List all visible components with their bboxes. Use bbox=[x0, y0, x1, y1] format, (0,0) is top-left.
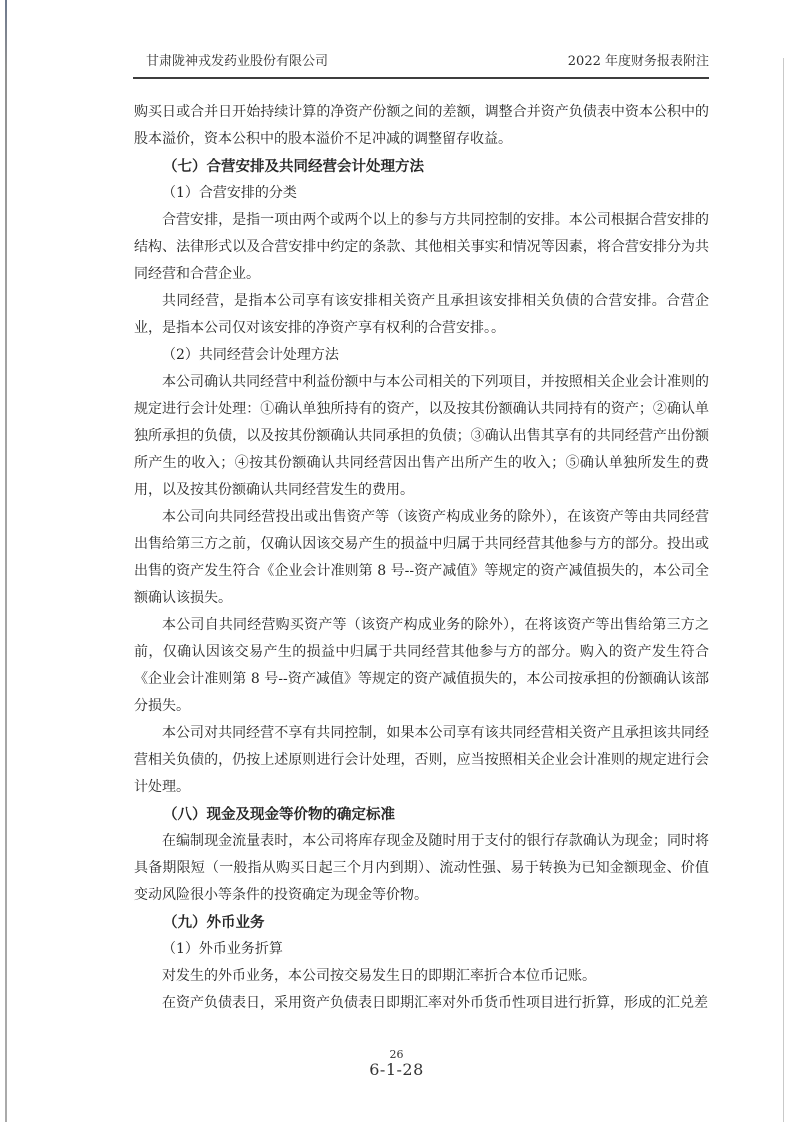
paragraph-foreign-currency-initial: 对发生的外币业务，本公司按交易发生日的即期汇率折合本位币记账。 bbox=[134, 963, 709, 990]
paragraph-assets-contributed-or-sold: 本公司向共同经营投出或出售资产等（该资产构成业务的除外），在该资产等由共同经营出… bbox=[134, 504, 709, 612]
subsection-heading-foreign-currency-translation: （1）外币业务折算 bbox=[134, 936, 709, 963]
paragraph-no-joint-control: 本公司对共同经营不享有共同控制，如果本公司享有该共同经营相关资产且承担该共同经营… bbox=[134, 720, 709, 801]
scan-edge-right bbox=[783, 58, 784, 1122]
company-name: 甘肃陇神戎发药业股份有限公司 bbox=[133, 53, 328, 70]
paragraph-joint-operation-definition: 共同经营，是指本公司享有该安排相关资产且承担该安排相关负债的合营安排。合营企业，… bbox=[134, 288, 709, 342]
subsection-heading-joint-operation-accounting: （2）共同经营会计处理方法 bbox=[134, 342, 709, 369]
section-heading-foreign-currency: （九）外币业务 bbox=[134, 909, 709, 936]
page-header: 甘肃陇神戎发药业股份有限公司 2022 年度财务报表附注 bbox=[133, 53, 709, 79]
paragraph-balance-sheet-date-translation: 在资产负债表日，采用资产负债表日即期汇率对外币货币性项目进行折算，形成的汇兑差 bbox=[134, 990, 709, 1017]
paragraph-joint-arrangement-definition: 合营安排，是指一项由两个或两个以上的参与方共同控制的安排。本公司根据合营安排的结… bbox=[134, 207, 709, 288]
scan-edge-left bbox=[5, 0, 7, 1122]
subsection-heading-classification: （1）合营安排的分类 bbox=[134, 180, 709, 207]
section-heading-joint-arrangements: （七）合营安排及共同经营会计处理方法 bbox=[134, 153, 709, 180]
page-footer: 26 6-1-28 bbox=[0, 1049, 793, 1079]
report-title: 2022 年度财务报表附注 bbox=[568, 53, 709, 70]
paragraph-cash-equivalents-criteria: 在编制现金流量表时，本公司将库存现金及随时用于支付的银行存款确认为现金；同时将具… bbox=[134, 828, 709, 909]
section-heading-cash-equivalents: （八）现金及现金等价物的确定标准 bbox=[134, 801, 709, 828]
paragraph-capital-reserve-continued: 购买日或合并日开始持续计算的净资产份额之间的差额，调整合并资产负债表中资本公积中… bbox=[134, 99, 709, 153]
page-code: 6-1-28 bbox=[0, 1061, 793, 1079]
paragraph-joint-operation-recognition-items: 本公司确认共同经营中利益份额中与本公司相关的下列项目，并按照相关企业会计准则的规… bbox=[134, 369, 709, 504]
paragraph-assets-purchased: 本公司自共同经营购买资产等（该资产构成业务的除外），在将该资产等出售给第三方之前… bbox=[134, 612, 709, 720]
document-body: 购买日或合并日开始持续计算的净资产份额之间的差额，调整合并资产负债表中资本公积中… bbox=[134, 99, 709, 1017]
